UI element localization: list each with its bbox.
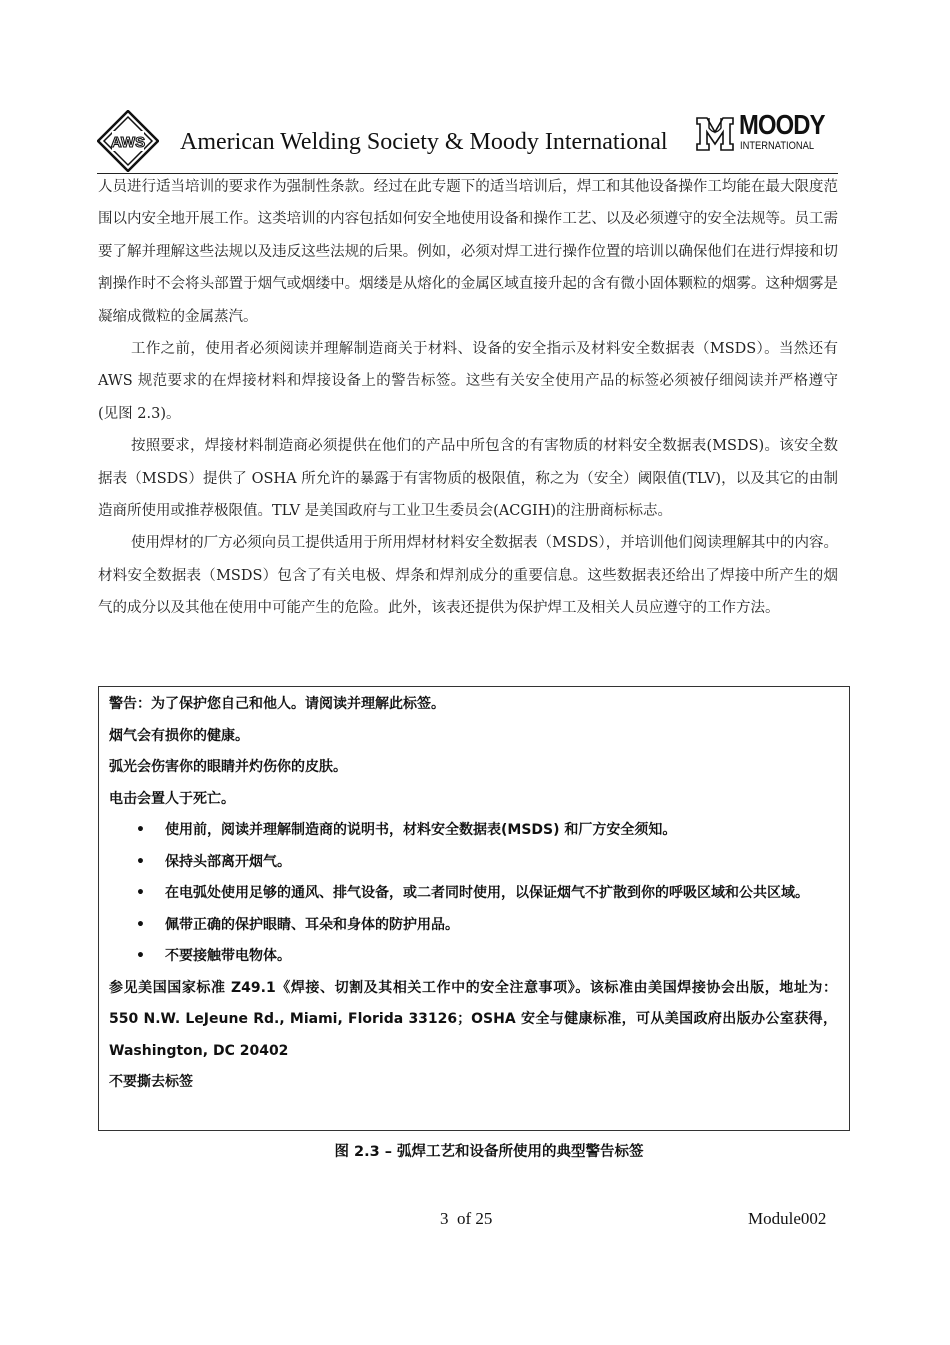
bullet-icon: • — [136, 910, 145, 942]
warning-line: 电击会置人于死亡。 — [109, 784, 839, 816]
module-label: Module002 — [748, 1209, 826, 1229]
warning-bullet-item: • 使用前，阅读并理解制造商的说明书，材料安全数据表(MSDS) 和厂方安全须知… — [109, 815, 839, 847]
warning-heading: 警告：为了保护您自己和他人。请阅读并理解此标签。 — [109, 689, 839, 721]
aws-logo-text: AWS — [111, 134, 145, 151]
bullet-text: 不要接触带电物体。 — [165, 948, 291, 964]
warning-bullet-list: • 使用前，阅读并理解制造商的说明书，材料安全数据表(MSDS) 和厂方安全须知… — [109, 815, 839, 973]
moody-m-icon — [695, 114, 735, 154]
moody-logo: MOODY INTERNATIONAL — [695, 112, 825, 156]
body-text: 人员进行适当培训的要求作为强制性条款。经过在此专题下的适当培训后，焊工和其他设备… — [98, 171, 838, 625]
paragraph: 使用焊材的厂方必须向员工提供适用于所用焊材材料安全数据表（MSDS），并培训他们… — [98, 527, 838, 624]
warning-label-box: 警告：为了保护您自己和他人。请阅读并理解此标签。 烟气会有损你的健康。 弧光会伤… — [98, 686, 850, 1131]
paragraph: 工作之前，使用者必须阅读并理解制造商关于材料、设备的安全指示及材料安全数据表（M… — [98, 333, 838, 430]
bullet-icon: • — [136, 847, 145, 879]
header-title: American Welding Society & Moody Interna… — [180, 129, 668, 156]
paragraph: 人员进行适当培训的要求作为强制性条款。经过在此专题下的适当培训后，焊工和其他设备… — [98, 171, 838, 333]
page-header: AWS American Welding Society & Moody Int… — [97, 110, 838, 174]
warning-footer-line: 不要撕去标签 — [109, 1067, 839, 1099]
bullet-text: 使用前，阅读并理解制造商的说明书，材料安全数据表(MSDS) 和厂方安全须知。 — [165, 822, 676, 838]
bullet-text: 在电弧处使用足够的通风、排气设备，或二者同时使用，以保证烟气不扩散到你的呼吸区域… — [165, 885, 809, 901]
bullet-text: 保持头部离开烟气。 — [165, 854, 291, 870]
warning-bullet-item: • 佩带正确的保护眼睛、耳朵和身体的防护用品。 — [109, 910, 839, 942]
figure-caption: 图 2.3 – 弧焊工艺和设备所使用的典型警告标签 — [0, 1140, 950, 1161]
aws-logo-icon: AWS — [97, 110, 159, 172]
paragraph: 按照要求，焊接材料制造商必须提供在他们的产品中所包含的有害物质的材料安全数据表(… — [98, 430, 838, 527]
bullet-text: 佩带正确的保护眼睛、耳朵和身体的防护用品。 — [165, 917, 459, 933]
warning-line: 烟气会有损你的健康。 — [109, 721, 839, 753]
bullet-icon: • — [136, 815, 145, 847]
bullet-icon: • — [136, 941, 145, 973]
warning-reference: 参见美国国家标准 Z49.1《焊接、切割及其相关工作中的安全注意事项》。该标准由… — [109, 973, 839, 1068]
warning-bullet-item: • 在电弧处使用足够的通风、排气设备，或二者同时使用，以保证烟气不扩散到你的呼吸… — [109, 878, 839, 910]
page-number: 3 of 25 — [440, 1209, 492, 1229]
moody-logo-subtitle: INTERNATIONAL — [740, 140, 814, 152]
warning-bullet-item: • 保持头部离开烟气。 — [109, 847, 839, 879]
warning-line: 弧光会伤害你的眼睛并灼伤你的皮肤。 — [109, 752, 839, 784]
moody-logo-name: MOODY — [739, 110, 825, 140]
warning-bullet-item: • 不要接触带电物体。 — [109, 941, 839, 973]
bullet-icon: • — [136, 878, 145, 910]
